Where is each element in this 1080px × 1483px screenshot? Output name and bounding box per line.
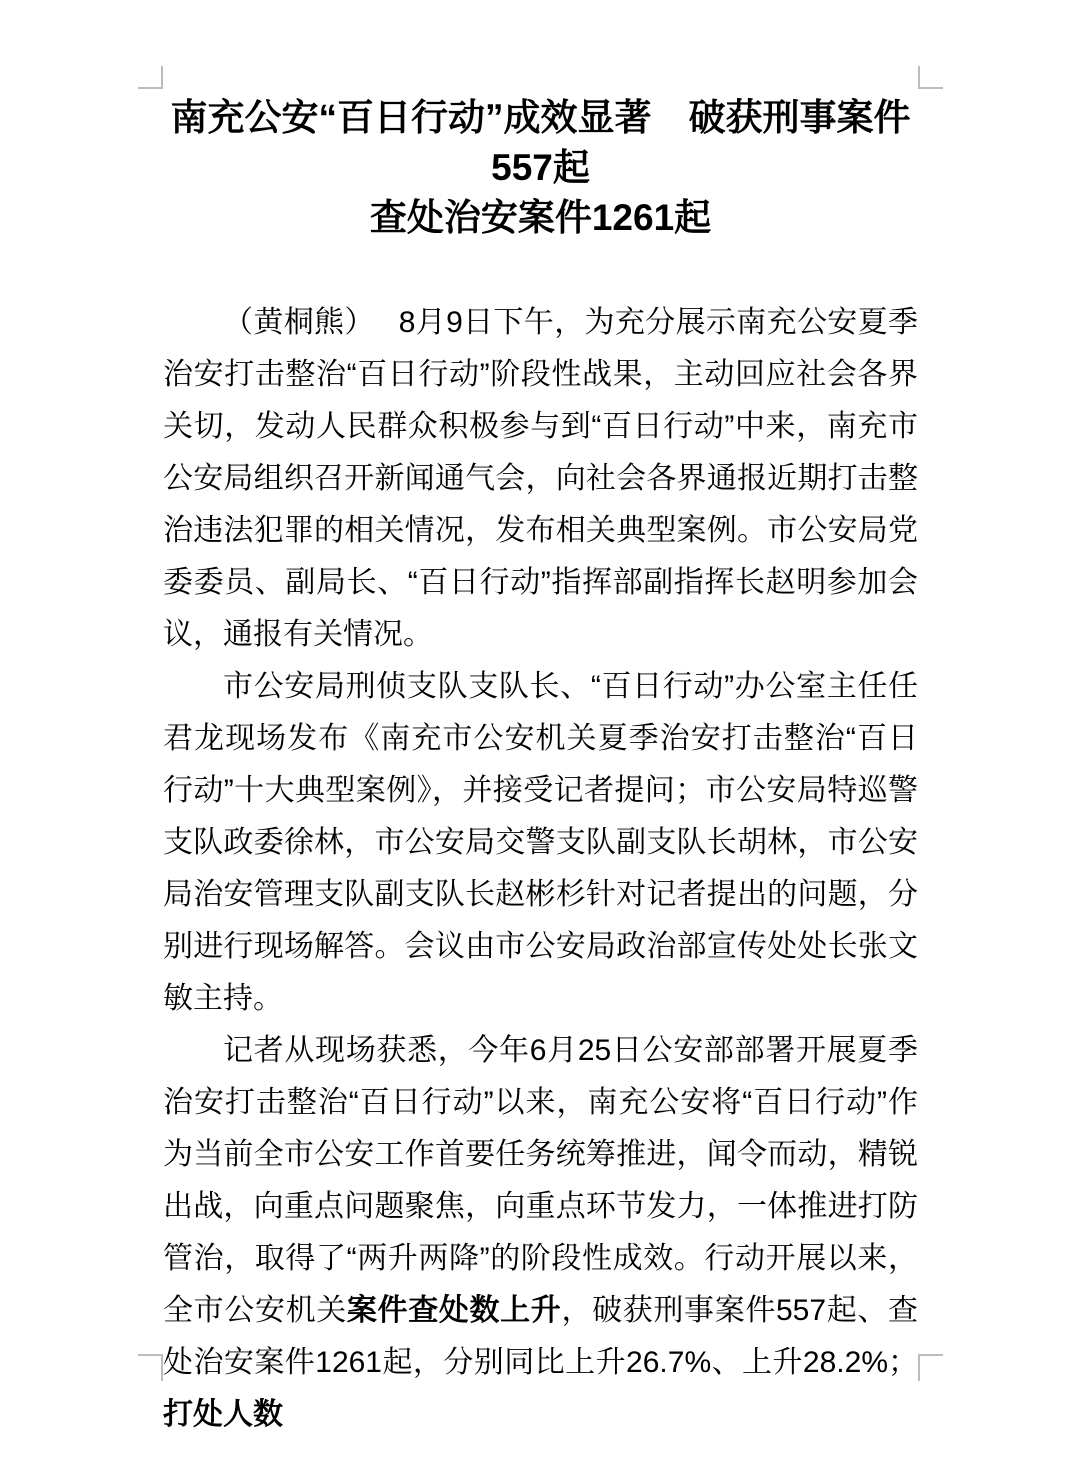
text-run: 市公安局刑侦支队支队长、“百日行动”办公室主任任君龙现场发布《南充市公安机关夏季… bbox=[163, 670, 918, 1015]
body-paragraphs: （黄桐熊） 8月9日下午，为充分展示南充公安夏季治安打击整治“百日行动”阶段性战… bbox=[163, 297, 918, 1441]
crop-mark-top-left-icon bbox=[138, 66, 163, 89]
title-line-2: 查处治安案件1261起 bbox=[163, 193, 918, 243]
crop-mark-bottom-right-icon bbox=[918, 1354, 943, 1381]
crop-mark-bottom-left-icon bbox=[138, 1354, 163, 1381]
text-area: 南充公安“百日行动”成效显著 破获刑事案件557起 查处治安案件1261起 （黄… bbox=[163, 88, 918, 1441]
document-title: 南充公安“百日行动”成效显著 破获刑事案件557起 查处治安案件1261起 bbox=[163, 93, 918, 243]
text-run: 记者从现场获悉，今年6月25日公安部部署开展夏季治安打击整治“百日行动”以来，南… bbox=[163, 1034, 918, 1327]
paragraph: 记者从现场获悉，今年6月25日公安部部署开展夏季治安打击整治“百日行动”以来，南… bbox=[163, 1025, 918, 1441]
text-run: （黄桐熊） 8月9日下午，为充分展示南充公安夏季治安打击整治“百日行动”阶段性战… bbox=[163, 306, 918, 651]
document-page: 南充公安“百日行动”成效显著 破获刑事案件557起 查处治安案件1261起 （黄… bbox=[0, 0, 1080, 1483]
crop-mark-top-right-icon bbox=[918, 66, 943, 89]
paragraph: （黄桐熊） 8月9日下午，为充分展示南充公安夏季治安打击整治“百日行动”阶段性战… bbox=[163, 297, 918, 661]
text-run-bold: 打处人数 bbox=[163, 1398, 283, 1431]
text-run-bold: 案件查处数上升 bbox=[347, 1294, 562, 1327]
paragraph: 市公安局刑侦支队支队长、“百日行动”办公室主任任君龙现场发布《南充市公安机关夏季… bbox=[163, 661, 918, 1025]
title-line-1: 南充公安“百日行动”成效显著 破获刑事案件557起 bbox=[163, 93, 918, 193]
